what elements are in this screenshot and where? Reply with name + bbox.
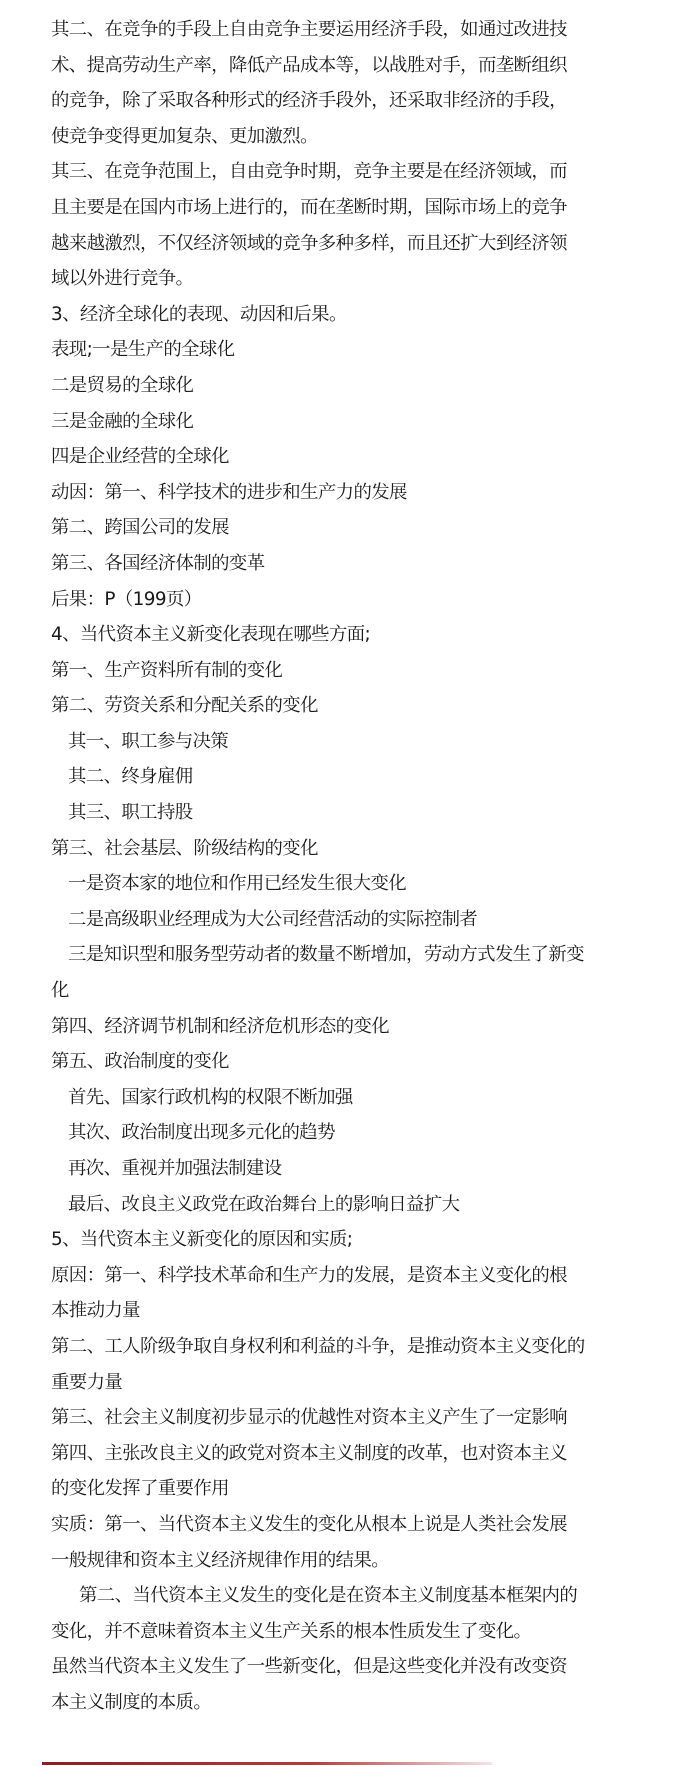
text-line: 使竞争变得更加复杂、更加激烈。 — [51, 119, 651, 155]
text-line: 后果：P（199页） — [51, 582, 651, 618]
text-line: 第二、工人阶级争取自身权利和利益的斗争，是推动资本主义变化的 — [51, 1329, 651, 1365]
text-line: 本主义制度的本质。 — [51, 1685, 651, 1721]
text-line: 本推动力量 — [51, 1293, 651, 1329]
text-line: 再次、重视并加强法制建设 — [51, 1151, 651, 1187]
text-line: 第二、跨国公司的发展 — [51, 510, 651, 546]
text-line: 原因：第一、科学技术革命和生产力的发展，是资本主义变化的根 — [51, 1258, 651, 1294]
bottom-divider — [42, 1762, 492, 1765]
text-line: 首先、国家行政机构的权限不断加强 — [51, 1080, 651, 1116]
text-line: 变化，并不意味着资本主义生产关系的根本性质发生了变化。 — [51, 1614, 651, 1650]
text-line: 表现;一是生产的全球化 — [51, 332, 651, 368]
text-line: 其二、在竞争的手段上自由竞争主要运用经济手段，如通过改进技 — [51, 12, 651, 48]
text-line: 三是金融的全球化 — [51, 404, 651, 440]
document-page: 其二、在竞争的手段上自由竞争主要运用经济手段，如通过改进技术、提高劳动生产率，降… — [0, 0, 690, 1767]
text-line: 四是企业经营的全球化 — [51, 439, 651, 475]
text-line: 三是知识型和服务型劳动者的数量不断增加，劳动方式发生了新变 — [51, 937, 651, 973]
text-line: 第一、生产资料所有制的变化 — [51, 653, 651, 689]
text-line: 第二、当代资本主义发生的变化是在资本主义制度基本框架内的 — [51, 1578, 651, 1614]
text-line: 其次、政治制度出现多元化的趋势 — [51, 1115, 651, 1151]
text-line: 其三、职工持股 — [51, 795, 651, 831]
text-line: 一是资本家的地位和作用已经发生很大变化 — [51, 866, 651, 902]
text-line: 4、当代资本主义新变化表现在哪些方面; — [51, 617, 651, 653]
text-line: 重要力量 — [51, 1365, 651, 1401]
text-line: 实质：第一、当代资本主义发生的变化从根本上说是人类社会发展 — [51, 1507, 651, 1543]
text-line: 其一、职工参与决策 — [51, 724, 651, 760]
text-line: 越来越激烈，不仅经济领域的竞争多种多样，而且还扩大到经济领 — [51, 226, 651, 262]
text-line: 术、提高劳动生产率，降低产品成本等，以战胜对手，而垄断组织 — [51, 48, 651, 84]
text-line: 动因：第一、科学技术的进步和生产力的发展 — [51, 475, 651, 511]
text-line: 其三、在竞争范围上，自由竞争时期，竞争主要是在经济领域，而 — [51, 154, 651, 190]
text-line: 化 — [51, 973, 651, 1009]
text-line: 最后、改良主义政党在政治舞台上的影响日益扩大 — [51, 1187, 651, 1223]
text-line: 第四、经济调节机制和经济危机形态的变化 — [51, 1009, 651, 1045]
text-line: 且主要是在国内市场上进行的，而在垄断时期，国际市场上的竞争 — [51, 190, 651, 226]
text-line: 3、经济全球化的表现、动因和后果。 — [51, 297, 651, 333]
text-line: 第二、劳资关系和分配关系的变化 — [51, 688, 651, 724]
text-line: 一般规律和资本主义经济规律作用的结果。 — [51, 1543, 651, 1579]
text-line: 的竞争，除了采取各种形式的经济手段外，还采取非经济的手段， — [51, 83, 651, 119]
text-line: 第三、社会基层、阶级结构的变化 — [51, 831, 651, 867]
text-line: 域以外进行竞争。 — [51, 261, 651, 297]
text-line: 虽然当代资本主义发生了一些新变化，但是这些变化并没有改变资 — [51, 1649, 651, 1685]
text-line: 第四、主张改良主义的政党对资本主义制度的改革，也对资本主义 — [51, 1436, 651, 1472]
text-line: 第三、社会主义制度初步显示的优越性对资本主义产生了一定影响 — [51, 1400, 651, 1436]
document-body: 其二、在竞争的手段上自由竞争主要运用经济手段，如通过改进技术、提高劳动生产率，降… — [51, 12, 651, 1721]
text-line: 二是高级职业经理成为大公司经营活动的实际控制者 — [51, 902, 651, 938]
text-line: 的变化发挥了重要作用 — [51, 1471, 651, 1507]
text-line: 其二、终身雇佣 — [51, 759, 651, 795]
text-line: 5、当代资本主义新变化的原因和实质; — [51, 1222, 651, 1258]
text-line: 二是贸易的全球化 — [51, 368, 651, 404]
text-line: 第三、各国经济体制的变革 — [51, 546, 651, 582]
text-line: 第五、政治制度的变化 — [51, 1044, 651, 1080]
